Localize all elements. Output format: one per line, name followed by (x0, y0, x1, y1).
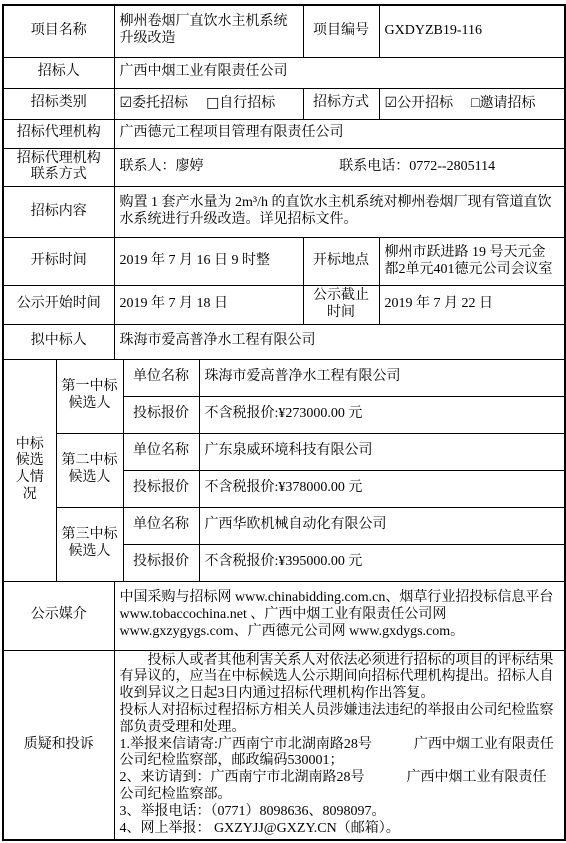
candidate-3-unit-value: 广西华欧机械自动化有限公司 (199, 507, 565, 544)
row-candidate-1-unit: 中标候选人情况 第一中标候选人 单位名称 珠海市爱高普净水工程有限公司 (3, 359, 565, 396)
checkbox-option-delegated: ☑委托招标 (120, 96, 189, 111)
row-candidate-2-unit: 第二中标候选人 单位名称 广东泉威环境科技有限公司 (3, 433, 565, 470)
checkbox-unchecked-icon: □ (471, 96, 479, 111)
publicity-start-label: 公示开始时间 (3, 286, 114, 325)
complaints-paragraph: 投标人或者其他利害关系人对依法必须进行招标的项目的评标结果有异议的，应当在中标候… (120, 653, 560, 703)
opening-place-value: 柳州市跃进路 19 号天元金都2单元401德元公司会议室 (379, 238, 565, 286)
complaints-paragraph: 2、来访请到：广西南宁市北湖南路28号 广西中烟工业有限责任公司纪检监察部。 (120, 770, 560, 804)
category-options-cell: ☑委托招标□自行招标 (114, 88, 303, 119)
complaints-label: 质疑和投诉 (3, 650, 114, 840)
candidates-section-label: 中标候选人情况 (3, 359, 56, 581)
checkbox-unchecked-icon: □ (206, 95, 219, 111)
candidate-3-rank-label: 第三中标候选人 (56, 507, 123, 581)
publicity-start-value: 2019 年 7 月 18 日 (114, 286, 303, 325)
agency-contact-cell: 联系人：廖婷 联系电话：0772--2805114 (114, 148, 565, 187)
content-label: 招标内容 (3, 187, 114, 238)
unit-name-label: 单位名称 (123, 359, 199, 396)
complaints-paragraph: 3、举报电话：（0771）8098636、8098097。 (120, 804, 560, 821)
checkbox-option-open: ☑公开招标 (385, 96, 454, 111)
proposed-winner-label: 拟中标人 (3, 324, 114, 359)
row-publicity: 公示开始时间 2019 年 7 月 18 日 公示截止时间 2019 年 7 月… (3, 286, 565, 325)
media-value: 中国采购与招标网 www.chinabidding.com.cn、烟草行业招投标… (114, 581, 565, 650)
content-value: 购置 1 套产水量为 2m³/h 的直饮水主机系统对柳州卷烟厂现有管道直饮水系统… (114, 187, 565, 238)
project-name-label: 项目名称 (3, 5, 114, 57)
project-code-label: 项目编号 (303, 5, 379, 57)
candidate-3-price-value: 不含税报价:¥395000.00 元 (199, 544, 565, 581)
contact-phone: 联系电话：0772--2805114 (339, 159, 559, 176)
unit-name-label: 单位名称 (123, 433, 199, 470)
agency-contact-label: 招标代理机构 联系方式 (3, 148, 114, 187)
publicity-end-label: 公示截止时间 (303, 286, 379, 325)
category-label: 招标类别 (3, 88, 114, 119)
checkbox-checked-icon: ☑ (385, 95, 398, 111)
checkbox-label: 自行招标 (219, 96, 275, 111)
checkbox-label: 邀请招标 (480, 96, 536, 111)
checkbox-label: 委托招标 (132, 96, 188, 111)
checkbox-option-self: □自行招标 (206, 96, 275, 111)
bid-announcement-table: 项目名称 柳州卷烟厂直饮水主机系统升级改造 项目编号 GXDYZB19-116 … (2, 4, 566, 841)
contact-person: 联系人：廖婷 (120, 159, 340, 176)
checkbox-label: 公开招标 (397, 96, 453, 111)
bid-price-label: 投标报价 (123, 396, 199, 433)
row-proposed-winner: 拟中标人 珠海市爱高普净水工程有限公司 (3, 324, 565, 359)
row-project: 项目名称 柳州卷烟厂直饮水主机系统升级改造 项目编号 GXDYZB19-116 (3, 5, 565, 57)
opening-place-label: 开标地点 (303, 238, 379, 286)
tenderer-value: 广西中烟工业有限责任公司 (114, 57, 565, 88)
row-agency: 招标代理机构 广西德元工程项目管理有限责任公司 (3, 119, 565, 148)
project-code-value: GXDYZB19-116 (379, 5, 565, 57)
bid-price-label: 投标报价 (123, 470, 199, 507)
proposed-winner-value: 珠海市爱高普净水工程有限公司 (114, 324, 565, 359)
row-candidate-3-unit: 第三中标候选人 单位名称 广西华欧机械自动化有限公司 (3, 507, 565, 544)
candidate-1-price-value: 不含税报价:¥273000.00 元 (199, 396, 565, 433)
candidate-1-rank-label: 第一中标候选人 (56, 359, 123, 433)
tenderer-label: 招标人 (3, 57, 114, 88)
row-complaints: 质疑和投诉 投标人或者其他利害关系人对依法必须进行招标的项目的评标结果有异议的，… (3, 650, 565, 840)
method-options-cell: ☑公开招标□邀请招标 (379, 88, 565, 119)
candidate-2-price-value: 不含税报价:¥378000.00 元 (199, 470, 565, 507)
media-label: 公示媒介 (3, 581, 114, 650)
candidate-2-rank-label: 第二中标候选人 (56, 433, 123, 507)
candidate-2-unit-value: 广东泉威环境科技有限公司 (199, 433, 565, 470)
row-media: 公示媒介 中国采购与招标网 www.chinabidding.com.cn、烟草… (3, 581, 565, 650)
row-agency-contact: 招标代理机构 联系方式 联系人：廖婷 联系电话：0772--2805114 (3, 148, 565, 187)
row-content: 招标内容 购置 1 套产水量为 2m³/h 的直饮水主机系统对柳州卷烟厂现有管道… (3, 187, 565, 238)
complaints-paragraph: 4、网上举报： GXZYJJ@GXZY.CN（邮箱）。 (120, 821, 560, 838)
method-label: 招标方式 (303, 88, 379, 119)
checkbox-option-invited: □邀请招标 (471, 96, 535, 111)
complaints-paragraph: 1.举报来信请寄:广西南宁市北湖南路28号 广西中烟工业有限责任公司纪检监察部，… (120, 737, 560, 771)
project-name-value: 柳州卷烟厂直饮水主机系统升级改造 (114, 5, 303, 57)
row-bid-opening: 开标时间 2019 年 7 月 16 日 9 时整 开标地点 柳州市跃进路 19… (3, 238, 565, 286)
opening-time-label: 开标时间 (3, 238, 114, 286)
publicity-end-value: 2019 年 7 月 22 日 (379, 286, 565, 325)
agency-value: 广西德元工程项目管理有限责任公司 (114, 119, 565, 148)
unit-name-label: 单位名称 (123, 507, 199, 544)
complaints-paragraph: 投标人对招标过程招标方相关人员涉嫌违法违纪的举报由公司纪检监察部负责受理和处理。 (120, 703, 560, 737)
opening-time-value: 2019 年 7 月 16 日 9 时整 (114, 238, 303, 286)
agency-label: 招标代理机构 (3, 119, 114, 148)
complaints-cell: 投标人或者其他利害关系人对依法必须进行招标的项目的评标结果有异议的，应当在中标候… (114, 650, 565, 840)
candidate-1-unit-value: 珠海市爱高普净水工程有限公司 (199, 359, 565, 396)
bid-price-label: 投标报价 (123, 544, 199, 581)
row-tenderer: 招标人 广西中烟工业有限责任公司 (3, 57, 565, 88)
checkbox-checked-icon: ☑ (120, 95, 133, 111)
row-category: 招标类别 ☑委托招标□自行招标 招标方式 ☑公开招标□邀请招标 (3, 88, 565, 119)
